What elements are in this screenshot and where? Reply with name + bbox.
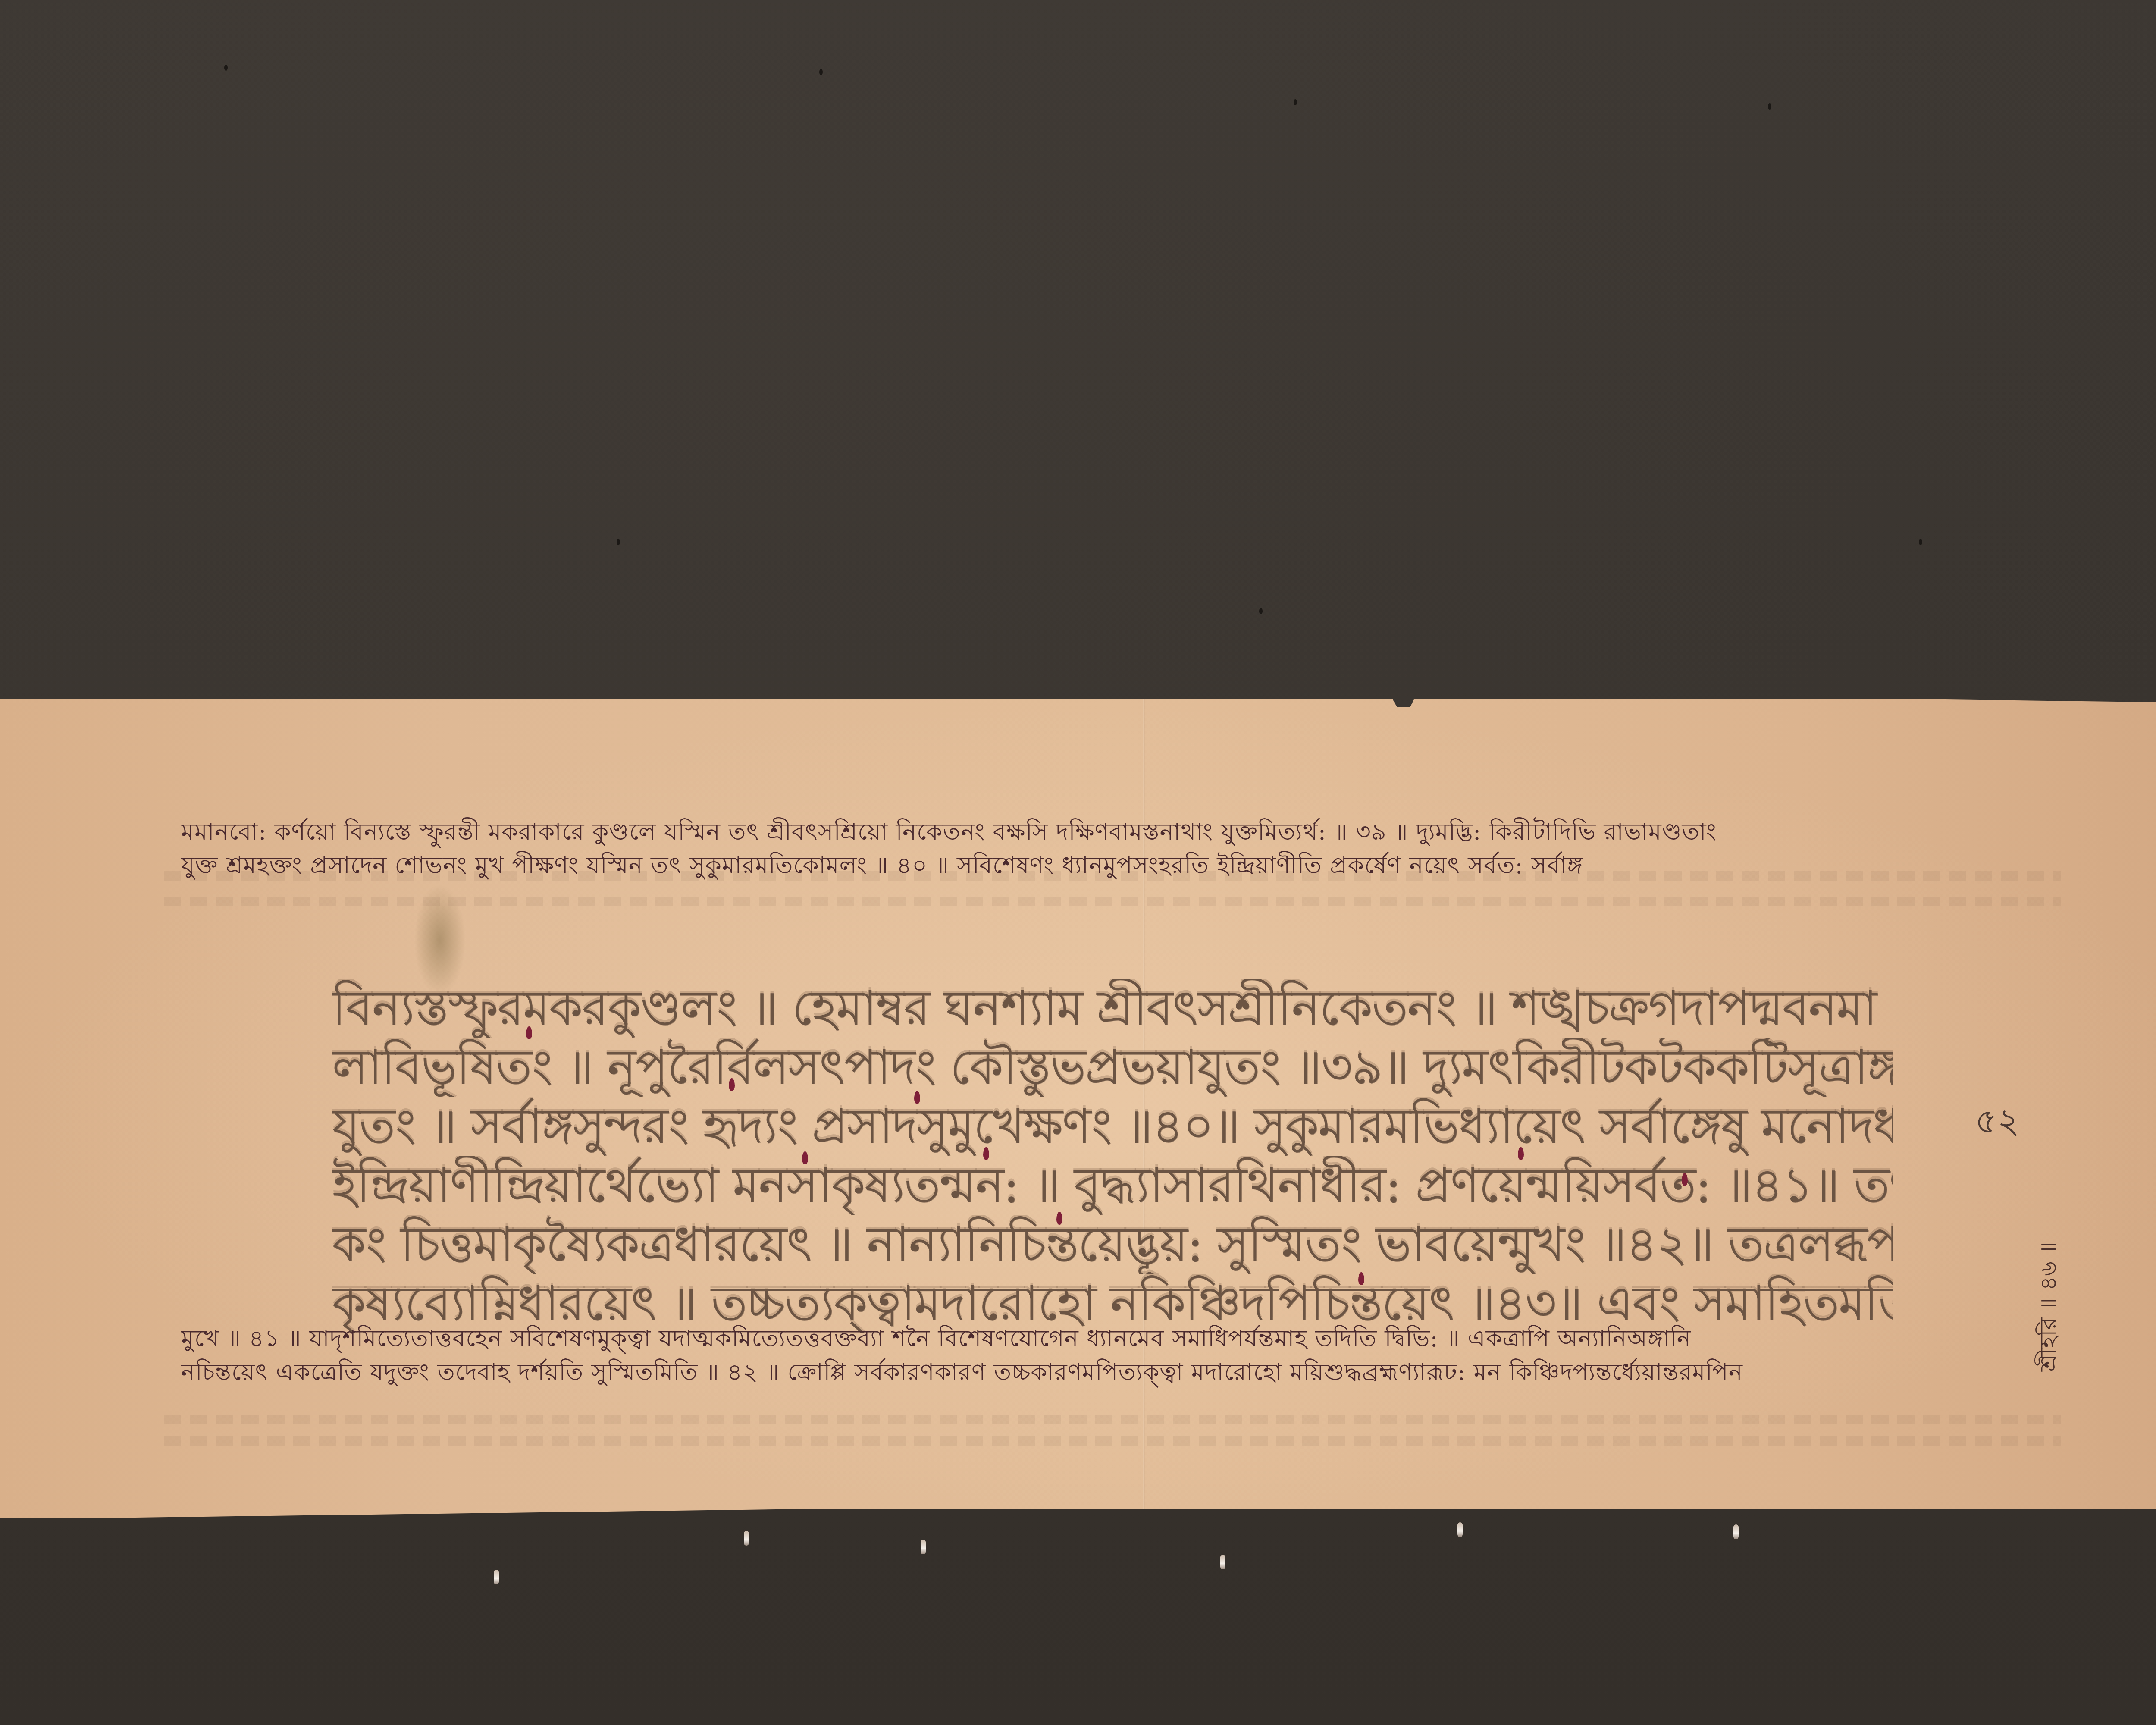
board-speck — [224, 65, 228, 71]
board-speck — [1294, 99, 1297, 105]
board-speck — [1259, 608, 1263, 614]
ink-show-through — [164, 897, 2061, 906]
verse-line: ইন্দ্রিয়াণীন্দ্রিয়ার্থেভ্যো মনসাকৃষ্যত… — [332, 1156, 1893, 1215]
board-speck — [819, 69, 823, 75]
red-ink-mark — [1518, 1147, 1524, 1160]
mounting-pin — [494, 1570, 499, 1584]
commentary-line: মমানবো: কর্ণয়ো বিন্যস্তে স্ফুরন্তী মকরা… — [181, 815, 2048, 849]
red-ink-mark — [1682, 1173, 1688, 1186]
verse-line: বিন্যস্তস্ফুরমকরকুণ্ডলং ॥ হেমাম্বর ঘনশ্য… — [332, 979, 1893, 1038]
mounting-pin — [921, 1540, 926, 1554]
mounting-pin — [1220, 1555, 1225, 1569]
mounting-pin — [744, 1531, 749, 1546]
red-ink-mark — [983, 1147, 989, 1160]
dark-mount-board: মমানবো: কর্ণয়ো বিন্যস্তে স্ফুরন্তী মকরা… — [0, 0, 2156, 1725]
verse-line: কং চিত্তমাকৃষ্যৈকত্রধারয়েৎ ॥ নান্যানিচি… — [332, 1215, 1893, 1274]
verse-line: লাবিভূষিতং ॥ নূপুরৈর্বিলসৎপাদং কৌস্তুভপ্… — [332, 1038, 1893, 1097]
red-ink-mark — [526, 1026, 532, 1039]
upper-commentary: মমানবো: কর্ণয়ো বিন্যস্তে স্ফুরন্তী মকরা… — [181, 815, 2048, 882]
red-ink-mark — [802, 1151, 808, 1164]
mounting-pin — [1733, 1524, 1739, 1539]
ink-show-through — [164, 1414, 2061, 1424]
red-ink-mark — [1056, 1212, 1062, 1225]
board-speck — [1768, 103, 1771, 110]
commentary-line: যুক্ত শ্রমহক্তং প্রসাদেন শোভনং মুখ পীক্ষ… — [181, 849, 2048, 882]
board-speck — [1919, 539, 1922, 545]
ink-show-through — [164, 1436, 2061, 1446]
main-verse-text: বিন্যস্তস্ফুরমকরকুণ্ডলং ॥ হেমাম্বর ঘনশ্য… — [332, 979, 1893, 1333]
red-ink-mark — [729, 1078, 735, 1091]
folio-number: ৫২ — [1975, 1102, 2020, 1141]
red-ink-mark — [1358, 1272, 1364, 1285]
commentary-line: মুখে ॥ ৪১ ॥ যাদৃশমিত্যেতাত্তবহেন সবিশেষণ… — [181, 1322, 2048, 1355]
mounting-pin — [1457, 1522, 1463, 1537]
lower-commentary: মুখে ॥ ৪১ ॥ যাদৃশমিত্যেতাত্তবহেন সবিশেষণ… — [181, 1322, 2048, 1389]
verse-line: যুতং ॥ সর্বাঙ্গসুন্দরং হৃদ্যং প্রসাদসুমু… — [332, 1097, 1893, 1156]
commentary-line: নচিন্তয়েৎ একত্রেতি যদুক্তং তদেবাহ দর্শয… — [181, 1355, 2048, 1389]
red-ink-mark — [914, 1091, 920, 1104]
manuscript-leaf: মমানবো: কর্ণয়ো বিন্যস্তে স্ফুরন্তী মকরা… — [0, 699, 2156, 1518]
board-speck — [617, 539, 620, 545]
